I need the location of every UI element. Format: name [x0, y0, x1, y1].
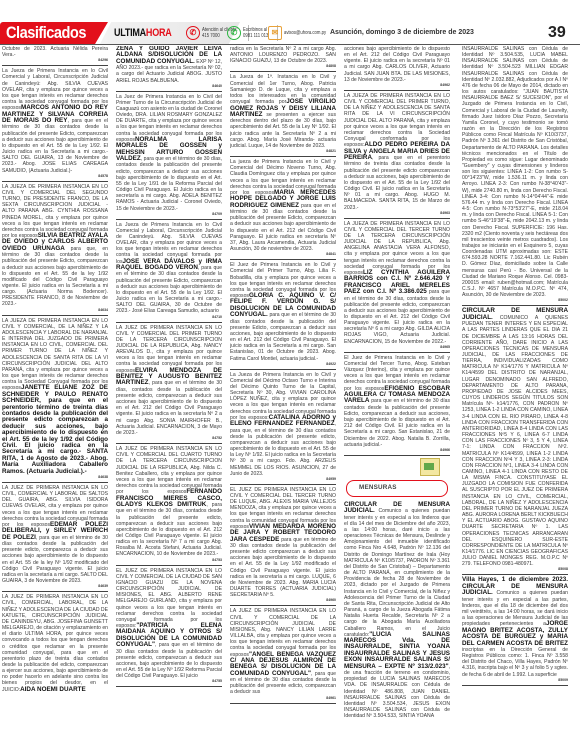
legal-notice: LA JUEZ DE PRIMERA INSTANCIA EN LO CIVIL…: [2, 485, 108, 592]
section-label: MENSURAS: [359, 484, 397, 491]
notice-text: para que, en término de 30 días contados…: [2, 246, 108, 308]
notice-text: LA JUEZA DE PRIMERA INSTANCIA EN LO CIVI…: [344, 93, 450, 148]
notice-text: INSAURRALDE SALINAS con Cédula de Identi…: [462, 46, 568, 298]
notice-code: 84966: [344, 448, 450, 452]
section-banner: Clasificados: [0, 22, 108, 44]
notice-text: inscriptas en la Dirección General de Re…: [462, 647, 568, 678]
notice-text: , para que, en el término de 30 días con…: [230, 421, 336, 477]
column-3: radica en la Secretaría Nº 2 a mi cargo …: [230, 46, 336, 750]
notice-text: , para que en el término de 30 días, con…: [116, 156, 222, 212]
notice-code: 84960: [230, 598, 336, 602]
legal-notice: LA JUEZA DE PRIMERA INSTANCIA EN LO CIVI…: [2, 318, 108, 483]
notice-text: acciones bajo apercibimiento de lo dispu…: [344, 46, 450, 83]
notice-text: , para que en el término de 30 días, con…: [116, 502, 222, 558]
legal-notice: LA JUEZA DE PRIMERA INSTANCIA EN LO CIVI…: [344, 221, 450, 353]
section-title: Clasificados: [6, 23, 86, 43]
column-5: INSAURRALDE SALINAS con Cédula de Identi…: [462, 46, 568, 750]
notice-text: LA JUEZA DE PRIMERA INSTANCIA EN LO CIVI…: [2, 318, 108, 392]
legal-notice: La Juez de Primera Instancia en lo Civil…: [116, 94, 222, 220]
notice-text: se presenten a ejercer sus derechos dent…: [230, 112, 336, 149]
legal-notice: La Jueza de Primera Instancia en lo Civi…: [2, 68, 108, 181]
notice-code: 84755: [116, 679, 222, 683]
notice-code: 84639: [2, 584, 108, 588]
legal-notice: LA JUEZ DE PRIMERA INSTANCIA EN LO CIVIL…: [2, 594, 108, 696]
notice-code: 84640: [116, 84, 222, 88]
notice-text: , para que en el perentorio término de t…: [344, 155, 450, 211]
notice-text: para que en término de 30 días contados …: [230, 537, 336, 599]
notice-code: 84963: [344, 211, 450, 215]
notice-code: 84962: [344, 83, 450, 87]
notice-code: 85008: [462, 567, 568, 571]
notice-code: 84638: [2, 475, 108, 479]
header-divider: [0, 44, 580, 45]
notice-text: , para que en el término de 30 días cont…: [116, 265, 222, 314]
column-1: Octubre de 2023. Actuaria Nélida Pereira…: [2, 46, 108, 750]
notice-code: 84965: [344, 345, 450, 349]
section-header-mensuras: MENSURAS: [346, 480, 448, 497]
notice-code: 84841: [230, 252, 336, 256]
legal-notice: INSAURRALDE SALINAS con Cédula de Identi…: [462, 46, 568, 306]
legal-notice: ZENA Y GUIDO JAVIER LEIVA ALDANA S/DISOL…: [116, 46, 222, 92]
notice-code: 84710: [116, 315, 222, 319]
notice-code: 84922: [230, 362, 336, 366]
notice-text: radica en la Secretaría Nº 2 a mi cargo …: [230, 46, 336, 64]
legal-notice: EL JUEZ DE PRIMERA INSTANCIA EN LO CIVIL…: [116, 568, 222, 688]
notice-text: para que en el término de 30 días, conta…: [344, 289, 450, 345]
legal-notice: EL JUEZ DE PRIMERA INSTANCIA EN LO CIVIL…: [230, 487, 336, 607]
notice-party-names: "LUCIA SALINAS MARECOS Vda. DE INSAURRAL…: [344, 631, 450, 670]
notice-text: , para que en el término de 30 días, con…: [116, 380, 222, 436]
notice-code: 84961: [230, 696, 336, 700]
legal-notice: LA JUEZA DE PRIMERA INSTANCIA EN LO CIVI…: [344, 93, 450, 219]
classifieds-columns: Octubre de 2023. Actuaria Nélida Pereira…: [0, 46, 580, 756]
notice-code: 85002: [462, 298, 568, 302]
column-4: acciones bajo apercibimiento de lo dispu…: [344, 46, 450, 750]
legal-notice: La Jueza de Primera Instancia en lo Civi…: [116, 222, 222, 323]
notice-text: para que en el término de 30 días contad…: [230, 203, 336, 252]
notice-code: 84578: [2, 174, 108, 178]
legal-notice: La jueza de Primera Instancia en lo Civi…: [230, 159, 336, 260]
notice-text: Octubre de 2023. Actuaria Nélida Pereira…: [2, 46, 108, 58]
notice-text: LA JUEZA DE PRIMERA INSTANCIA EN LO CIVI…: [2, 184, 108, 239]
whatsapp-icon: ✆: [227, 26, 241, 40]
legal-notice: La Jueza de 1ª. Instancia en lo Civil y …: [230, 74, 336, 157]
legal-notice: LA JUEZ DE PRIMERA INSTANCIA EN LO CIVIL…: [116, 446, 222, 566]
notice-text: , para que en el término de 30 días cont…: [2, 118, 108, 174]
notice-text: , para que en el término de 30 días cont…: [2, 535, 108, 584]
contact-email[interactable]: ✉ avisos@uhora.com.py: [268, 24, 334, 42]
legal-notice: CIRCULAR DE MENSURA JUDICIAL. COMUNICO A…: [462, 308, 568, 575]
newspaper-logo: ULTIMAHORA: [114, 27, 172, 39]
legal-notice: LA JUEZ DE PRIMERA INSTANCIA EN LO CIVIL…: [116, 325, 222, 445]
notice-text: LA JUEZA DE PRIMERA INSTANCIA EN LO CIVI…: [344, 221, 450, 276]
column-2: ZENA Y GUIDO JAVIER LEIVA ALDANA S/DISOL…: [116, 46, 222, 750]
notice-text: , de una fracción de terreno en condomin…: [344, 664, 450, 720]
legal-notice: CIRCULAR DE MENSURA JUDICIAL. Comunico a…: [344, 502, 450, 722]
notice-text: para que en el término de 30 días contad…: [344, 398, 450, 447]
notice-code: 84752: [116, 436, 222, 440]
legal-notice: acciones bajo apercibimiento de lo dispu…: [344, 46, 450, 91]
notice-code: 84959: [230, 477, 336, 481]
notice-text: EL JUEZ DE PRIMERA INSTANCIA EN LO CIVIL…: [116, 568, 222, 629]
notice-text: , para que en el término de 30 días cont…: [116, 642, 222, 679]
mail-icon: ✉: [268, 26, 282, 40]
notice-code: 84753: [116, 558, 222, 562]
legal-notice: radica en la Secretaría Nº 2 a mi cargo …: [230, 46, 336, 72]
legal-notice: Villa Hayes, 1 de diciembre 2023. CIRCUL…: [462, 577, 568, 685]
notice-party-names: JANETTE ELIANE ZOZ DE SCHNEIDER Y PAULO …: [2, 384, 108, 474]
notice-code: 85009: [462, 678, 568, 682]
legal-notice: La Jueza de Primera Instancia en lo Civi…: [230, 372, 336, 485]
legal-notice: El Juez de Primera Instancia en lo Civil…: [230, 262, 336, 370]
notice-text: para que en el término de 30 días contad…: [230, 312, 336, 361]
phone-icon: ✆: [186, 26, 200, 40]
legal-notice: El Juez de Primera Instancia en lo Civil…: [344, 355, 450, 456]
notice-text: COMUNICO A QUIENES PUEDAN TENER INTERES …: [462, 315, 568, 568]
legal-notice: LA JUEZ DE PRIMERA INSTANCIA EN LO CIVIL…: [230, 608, 336, 703]
notice-code: 84821: [230, 149, 336, 153]
notice-code: 84296: [2, 58, 108, 62]
email-link[interactable]: avisos@uhora.com.py: [284, 30, 326, 36]
page-header: Clasificados ULTIMAHORA ✆ Atención al cl…: [0, 0, 580, 40]
notice-text: LA JUEZ DE PRIMERA INSTANCIA EN LO CIVIL…: [2, 594, 108, 692]
notice-text: Comunico a quienes puedan tener interés …: [344, 508, 450, 637]
notice-code: 84634: [2, 308, 108, 312]
ad-thumbnail: [420, 458, 440, 476]
legal-notice: LA JUEZA DE PRIMERA INSTANCIA EN LO CIVI…: [2, 184, 108, 316]
notice-code: 84808: [230, 64, 336, 68]
notice-code: 84709: [116, 212, 222, 216]
notice-party-names: AIDA NOEMI DUARTE: [20, 686, 86, 693]
legal-notice: Octubre de 2023. Actuaria Nélida Pereira…: [2, 46, 108, 66]
issue-date: Asunción, domingo 3 de diciembre de 2023: [330, 29, 474, 36]
page-number: 39: [548, 24, 566, 42]
